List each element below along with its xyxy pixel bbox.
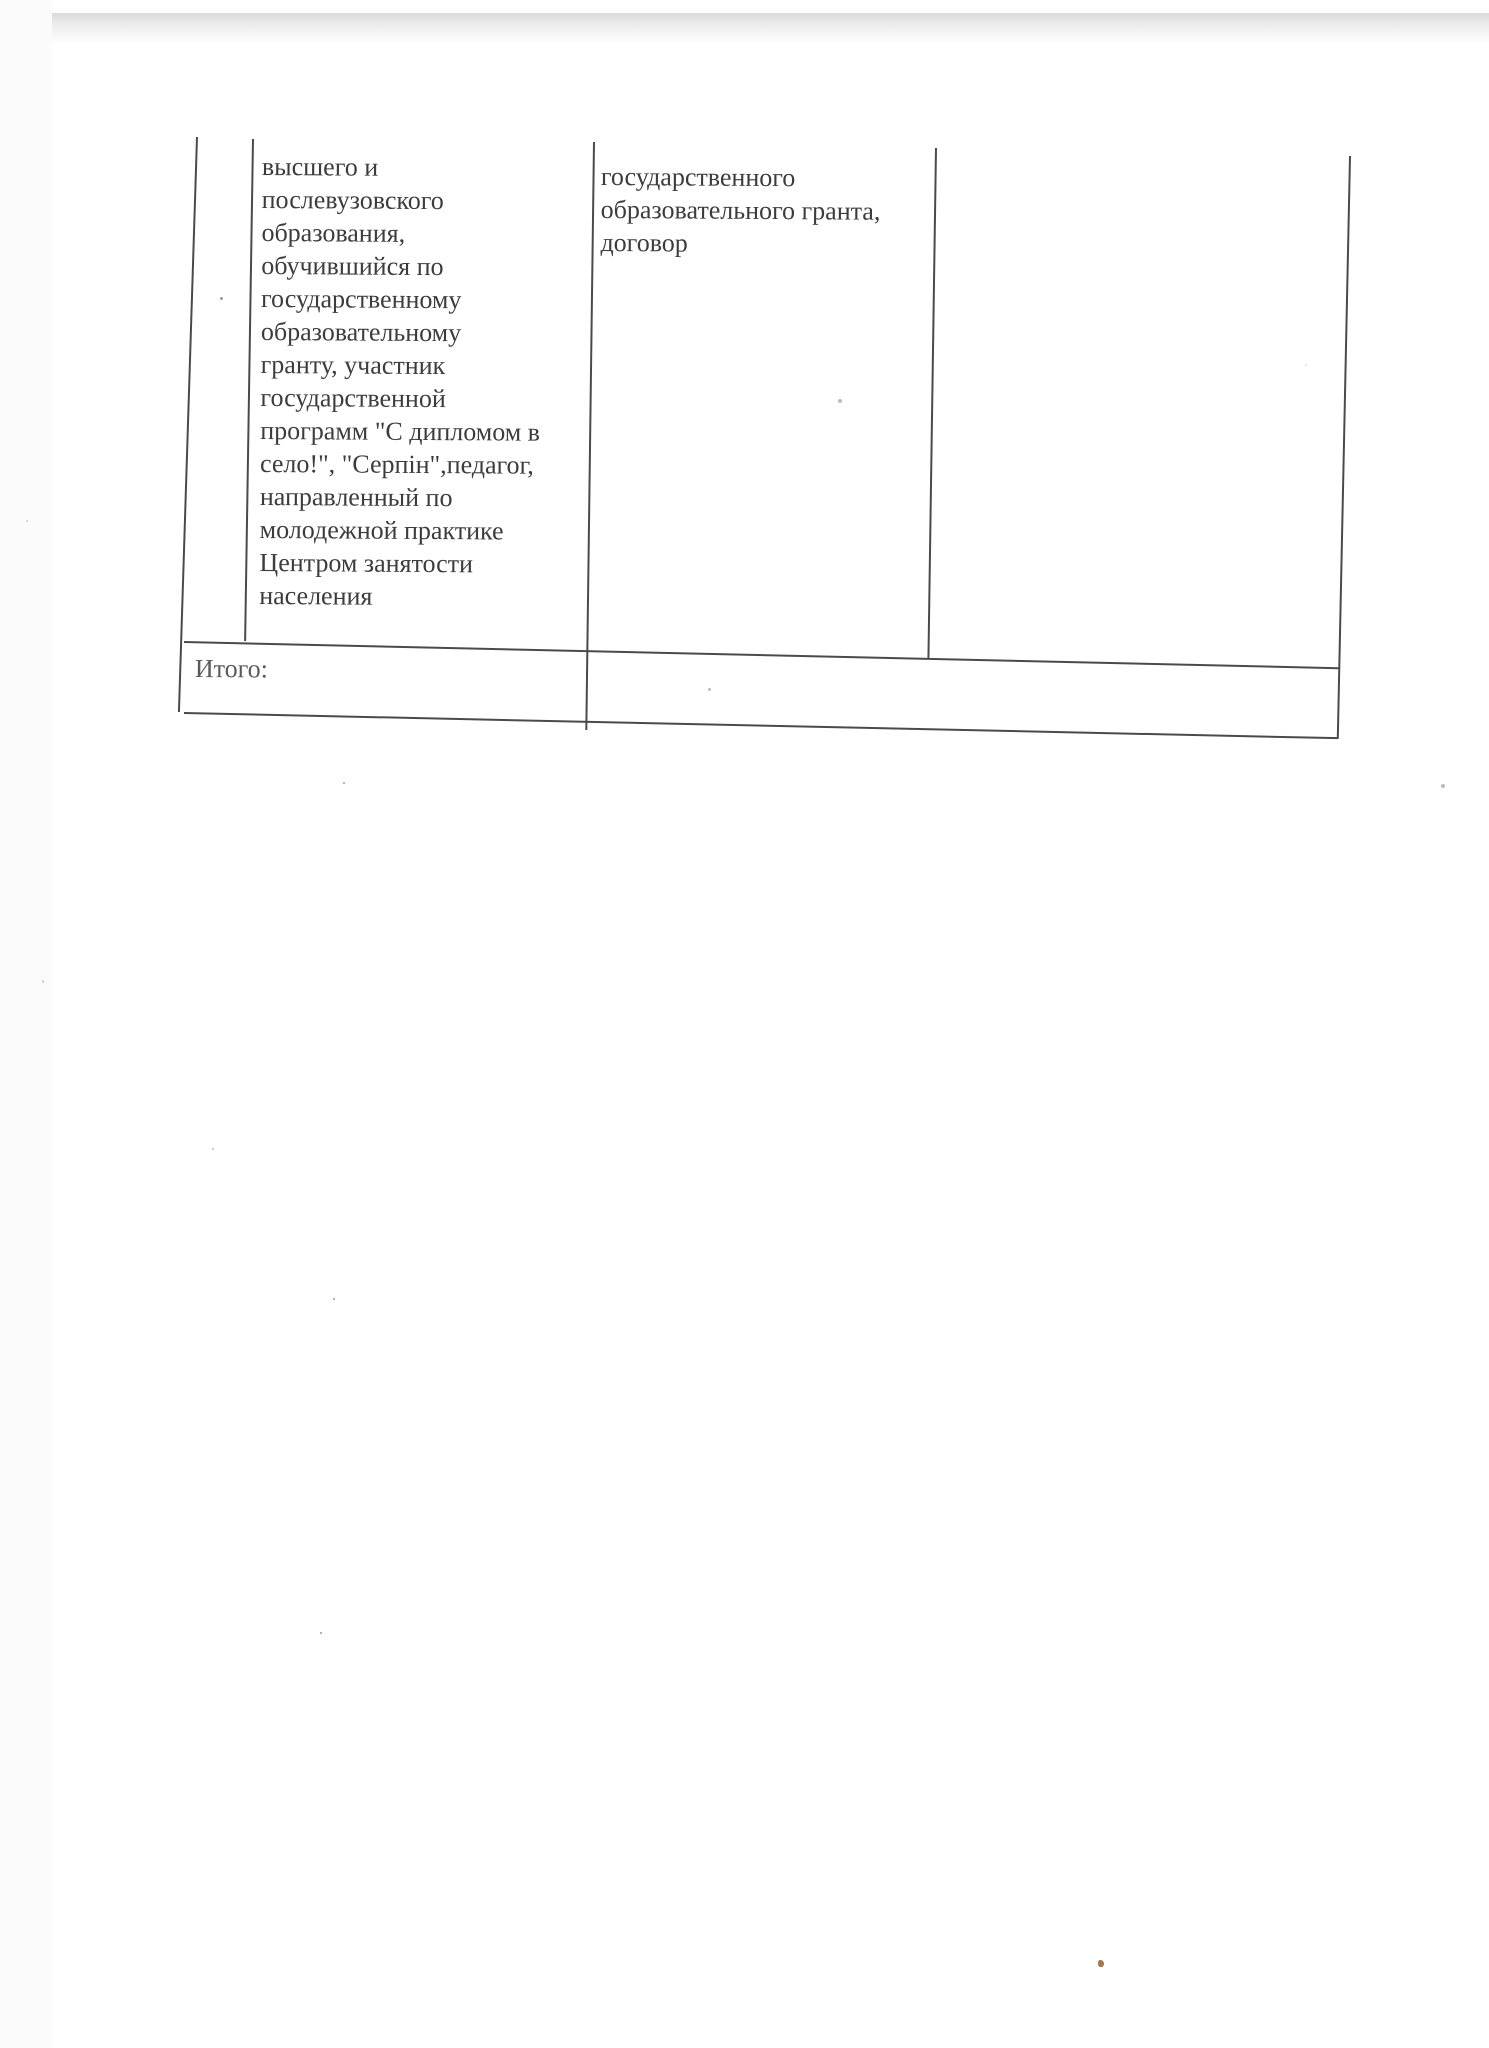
scan-speck-brown — [1098, 1960, 1104, 1967]
scan-speck — [26, 520, 28, 522]
table-divider-col1 — [244, 139, 253, 641]
table-border-right — [1337, 156, 1351, 739]
scan-speck — [1305, 364, 1307, 366]
scan-speck — [220, 297, 223, 300]
scan-speck — [708, 688, 711, 691]
table-divider-col2 — [585, 142, 594, 730]
scan-speck — [838, 399, 842, 403]
scan-speck — [1441, 784, 1445, 788]
scan-speck — [212, 1148, 214, 1150]
scan-speck — [320, 1632, 322, 1634]
table-border-bottom — [184, 712, 1338, 739]
scan-speck — [333, 1298, 335, 1300]
cell-recipient-category: высшего и послевузовского образования, о… — [259, 150, 587, 614]
table-border-left — [178, 137, 198, 712]
total-label: Итого: — [195, 652, 575, 687]
scan-speck — [343, 782, 345, 784]
cell-basis-document: государственного образовательного гранта… — [600, 160, 931, 261]
scan-speck — [42, 980, 44, 983]
document-table: высшего и послевузовского образования, о… — [0, 0, 1489, 2048]
